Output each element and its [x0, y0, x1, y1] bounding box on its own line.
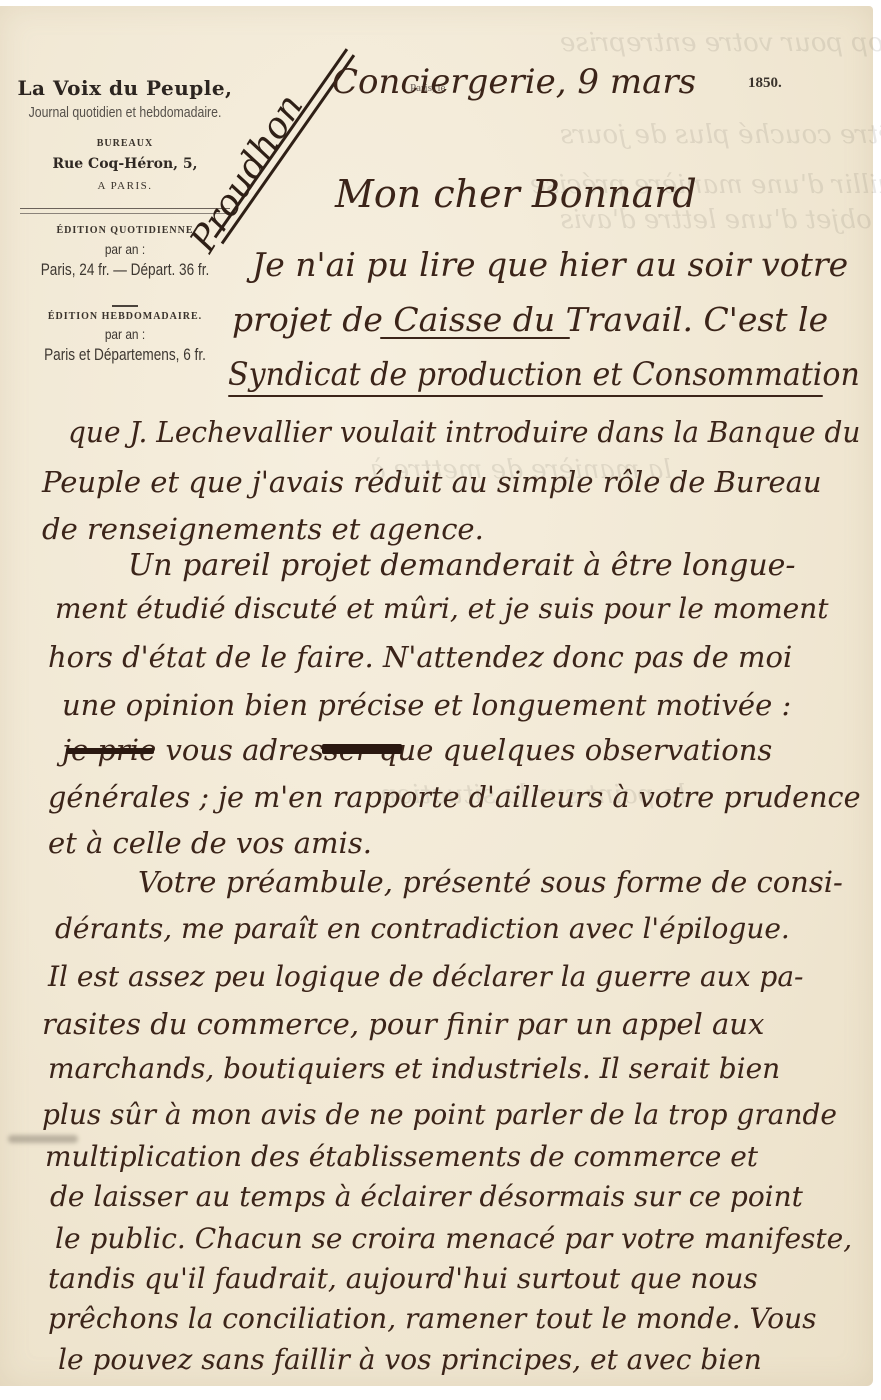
letter-line: multiplication des établissements de com…	[45, 1140, 758, 1173]
letter-line: que J. Lechevallier voulait introduire d…	[68, 415, 860, 449]
letter-line: ment étudié discuté et mûri, et je suis …	[55, 592, 829, 625]
letter-line: rasites du commerce, pour finir par un a…	[42, 1007, 764, 1041]
letter-line: plus sûr à mon avis de ne point parler d…	[42, 1098, 837, 1131]
letterhead-dash	[112, 305, 138, 307]
weekly-edition-label: ÉDITION HEBDOMADAIRE.	[0, 311, 250, 322]
newspaper-subtitle: Journal quotidien et hebdomadaire.	[23, 104, 228, 121]
letter-line: générales ; je m'en rapporte d'ailleurs …	[48, 780, 861, 814]
letter-line: de renseignements et agence.	[42, 512, 484, 546]
letterhead-divider	[20, 208, 230, 209]
letter-line: Un pareil projet demanderait à être long…	[128, 548, 796, 583]
ink-smudge	[8, 1135, 78, 1143]
letter-line: et à celle de vos amis.	[48, 826, 372, 860]
letter-line: tandis qu'il faudrait, aujourd'hui surto…	[48, 1262, 758, 1295]
letter-line: prêchons la conciliation, ramener tout l…	[48, 1302, 816, 1335]
underline-caisse-du-travail	[380, 337, 570, 339]
letter-line: hors d'état de le faire. N'attendez donc…	[48, 640, 792, 674]
letter-line: Syndicat de production et Consommation	[228, 355, 860, 393]
letter-line: dérants, me paraît en contradiction avec…	[55, 912, 790, 945]
letter-line: le pouvez sans faillir à vos principes, …	[58, 1343, 762, 1376]
strikethrough-mark	[66, 748, 154, 754]
printed-year: 1850.	[748, 75, 782, 92]
place-date: Conciergerie, 9 mars	[332, 62, 696, 102]
letter-line: Peuple et que j'avais réduit au simple r…	[42, 465, 822, 499]
bureaux-label: BUREAUX	[0, 138, 250, 149]
letter-line: Votre préambule, présenté sous forme de …	[138, 865, 843, 899]
bureaux-address: Rue Coq-Héron, 5,	[0, 156, 250, 172]
strikethrough-mark	[322, 744, 402, 754]
weekly-edition-prices: Paris et Départemens, 6 fr.	[25, 345, 225, 365]
daily-edition-prices: Paris, 24 fr. — Départ. 36 fr.	[25, 260, 225, 280]
letter-line: le public. Chacun se croira menacé par v…	[55, 1222, 852, 1255]
newspaper-title: La Voix du Peuple,	[0, 76, 250, 100]
letter-line: je prie vous adresser que quelques obser…	[62, 733, 772, 767]
weekly-edition-per-year: par an :	[19, 326, 232, 342]
letter-line: projet de Caisse du Travail. C'est le	[232, 300, 828, 339]
salutation: Mon cher Bonnard	[335, 172, 697, 216]
letter-line: marchands, boutiquiers et industriels. I…	[48, 1052, 780, 1085]
letter-line: Il est assez peu logique de déclarer la …	[48, 960, 803, 993]
letter-line: une opinion bien précise et longuement m…	[62, 688, 791, 722]
underline-syndicat	[228, 395, 823, 397]
letter-line: Je n'ai pu lire que hier au soir votre	[252, 245, 848, 284]
letter-line: de laisser au temps à éclairer désormais…	[50, 1180, 803, 1213]
